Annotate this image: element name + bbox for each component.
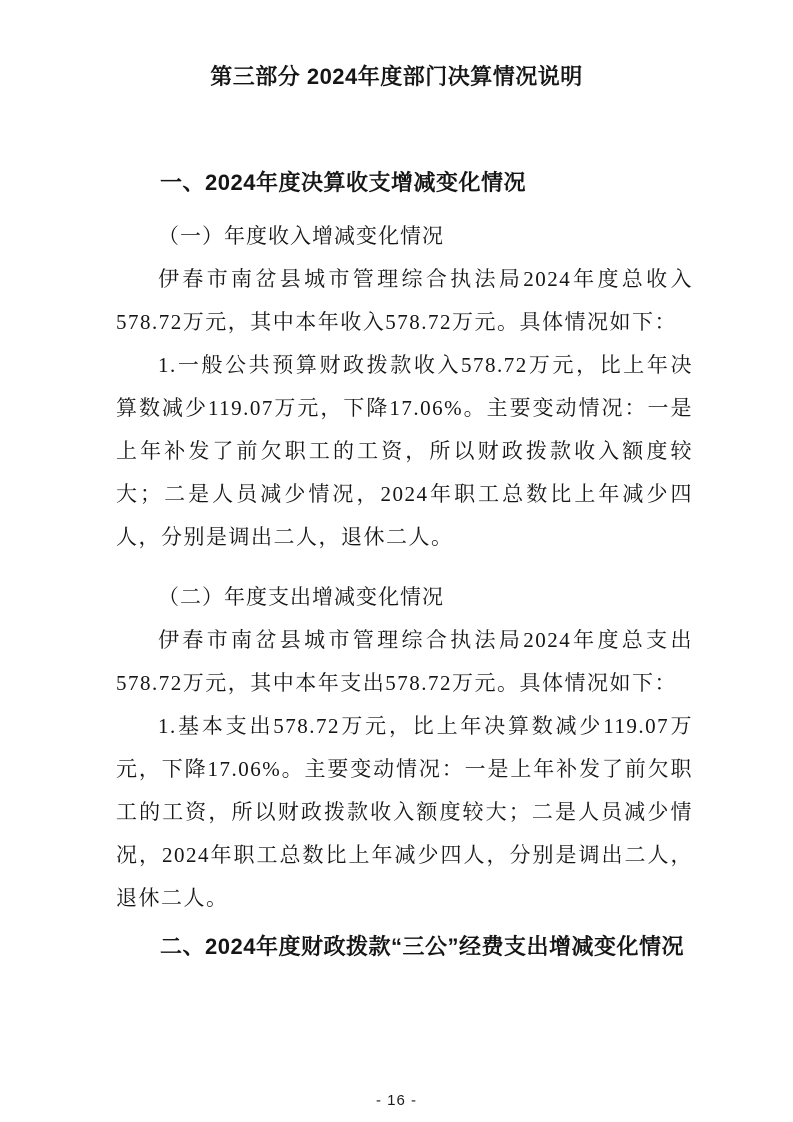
expenditure-summary-paragraph: 伊春市南岔县城市管理综合执法局2024年度总支出578.72万元，其中本年支出5… — [116, 619, 693, 705]
document-body: 一、2024年度决算收支增减变化情况 （一）年度收入增减变化情况 伊春市南岔县城… — [116, 168, 693, 962]
expenditure-detail-paragraph: 1.基本支出578.72万元，比上年决算数减少119.07万元，下降17.06%… — [116, 705, 693, 920]
section-2-heading: 二、2024年度财政拨款“三公”经费支出增减变化情况 — [116, 932, 693, 962]
document-title: 第三部分 2024年度部门决算情况说明 — [0, 62, 793, 92]
page-number: - 16 - — [0, 1092, 793, 1109]
income-detail-paragraph: 1.一般公共预算财政拨款收入578.72万元，比上年决算数减少119.07万元，… — [116, 344, 693, 559]
subsection-1-1-heading: （一）年度收入增减变化情况 — [116, 215, 693, 258]
document-page: 第三部分 2024年度部门决算情况说明 一、2024年度决算收支增减变化情况 （… — [0, 0, 793, 1122]
section-1-heading: 一、2024年度决算收支增减变化情况 — [116, 168, 693, 198]
subsection-1-2-heading: （二）年度支出增减变化情况 — [116, 576, 693, 619]
income-summary-paragraph: 伊春市南岔县城市管理综合执法局2024年度总收入578.72万元，其中本年收入5… — [116, 258, 693, 344]
